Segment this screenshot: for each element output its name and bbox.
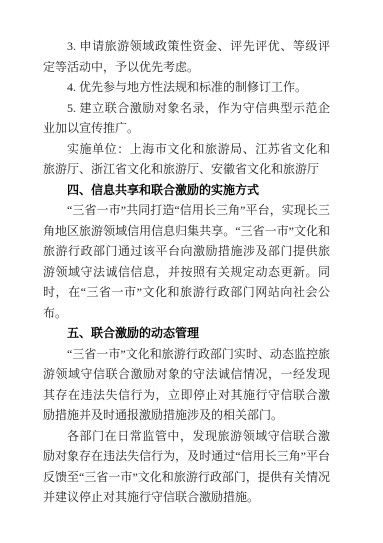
- section-heading-4: 四、信息共享和联合激励的实施方式: [43, 180, 330, 201]
- paragraph-implementing-units: 实施单位：上海市文化和旅游局、江苏省文化和旅游厅、浙江省文化和旅游厅、安徽省文化…: [43, 139, 330, 180]
- document-text-block: 3. 申请旅游领域政策性资金、评先评优、等级评定等活动中，予以优先考虑。 4. …: [43, 36, 330, 508]
- paragraph-item-5: 5. 建立联合激励对象名录，作为守信典型示范企业加以宣传推广。: [43, 98, 330, 139]
- paragraph-section-5-body-2: 各部门在日常监管中，发现旅游领域守信联合激励对象存在违法失信行为，及时通过“信用…: [43, 426, 330, 508]
- document-page: 3. 申请旅游领域政策性资金、评先评优、等级评定等活动中，予以优先考虑。 4. …: [0, 0, 383, 543]
- paragraph-item-3: 3. 申请旅游领域政策性资金、评先评优、等级评定等活动中，予以优先考虑。: [43, 36, 330, 77]
- paragraph-section-5-body-1: “三省一市”文化和旅游行政部门实时、动态监控旅游领域守信联合激励对象的守法诚信情…: [43, 344, 330, 426]
- section-heading-5: 五、联合激励的动态管理: [43, 323, 330, 344]
- paragraph-section-4-body: “三省一市”共同打造“信用长三角”平台，实现长三角地区旅游领域信用信息归集共享。…: [43, 200, 330, 323]
- paragraph-item-4: 4. 优先参与地方性法规和标准的制修订工作。: [43, 77, 330, 98]
